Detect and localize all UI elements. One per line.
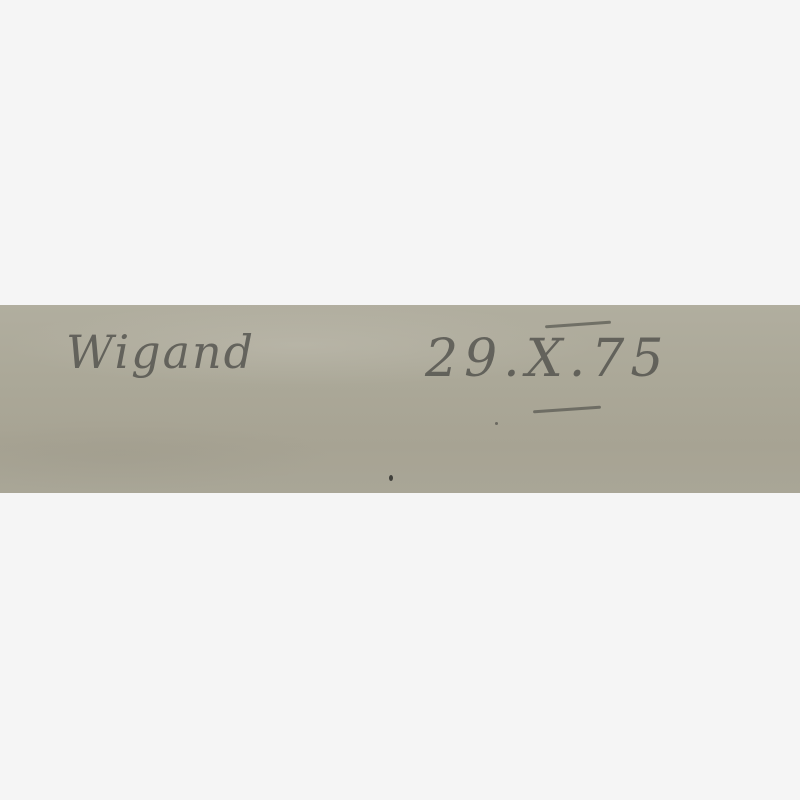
roman-numeral-underline (533, 406, 601, 414)
pencil-speck (389, 475, 393, 481)
handwritten-name: Wigand (66, 325, 255, 379)
pencil-speck (495, 422, 498, 425)
image-canvas: Wigand 29.X.75 (0, 0, 800, 800)
paper-strip: Wigand 29.X.75 (0, 305, 800, 493)
roman-numeral-overline (545, 321, 611, 329)
handwritten-date: 29.X.75 (425, 329, 669, 389)
